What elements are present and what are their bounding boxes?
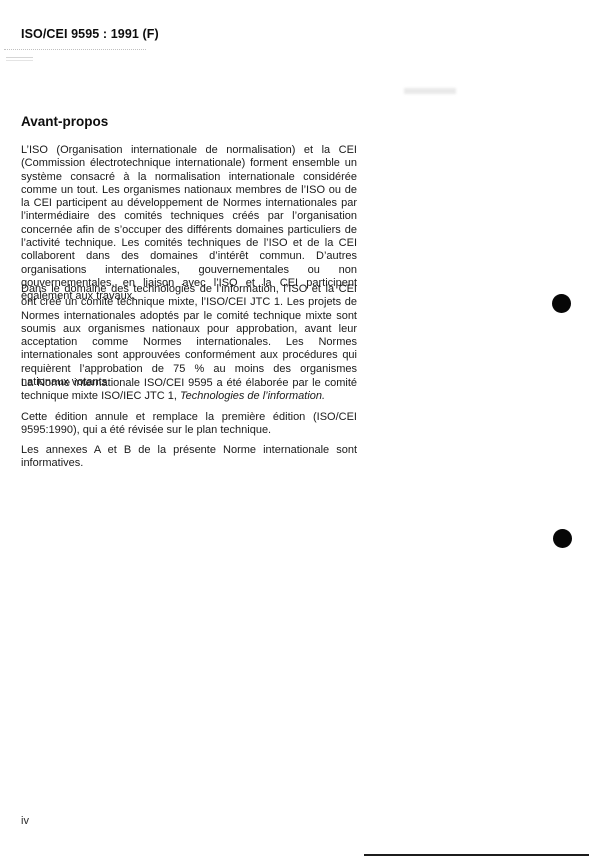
paragraph-annexes-note: Les annexes A et B de la présente Norme … [21, 444, 357, 471]
bottom-edge-rule [364, 854, 589, 856]
document-reference-header: ISO/CEI 9595 : 1991 (F) [21, 27, 159, 41]
paragraph-text: Cette édition annule et remplace la prem… [21, 411, 357, 436]
scanned-document-page: ISO/CEI 9595 : 1991 (F) Avant-propos L’I… [0, 0, 589, 861]
paragraph-text: Les annexes A et B de la présente Norme … [21, 444, 357, 469]
scan-artifact-smudge [404, 88, 456, 94]
scan-artifact-smudge [6, 57, 33, 63]
paragraph-edition-note: Cette édition annule et remplace la prem… [21, 411, 357, 438]
scan-artifact-dotted-line [4, 49, 146, 50]
registration-dot-icon [552, 294, 571, 313]
paragraph-text: Dans le domaine des technologies de l’in… [21, 283, 357, 388]
page-number: iv [21, 815, 29, 827]
paragraph-elaboration: La Norme internationale ISO/CEI 9595 a é… [21, 377, 357, 404]
registration-dot-icon [553, 529, 572, 548]
paragraph-iso-cei-system: L’ISO (Organisation internationale de no… [21, 144, 357, 304]
paragraph-jtc1: Dans le domaine des technologies de l’in… [21, 283, 357, 389]
paragraph-text: L’ISO (Organisation internationale de no… [21, 144, 357, 302]
foreword-heading: Avant-propos [21, 114, 108, 129]
paragraph-italic-title: Technologies de l’information. [180, 390, 325, 402]
